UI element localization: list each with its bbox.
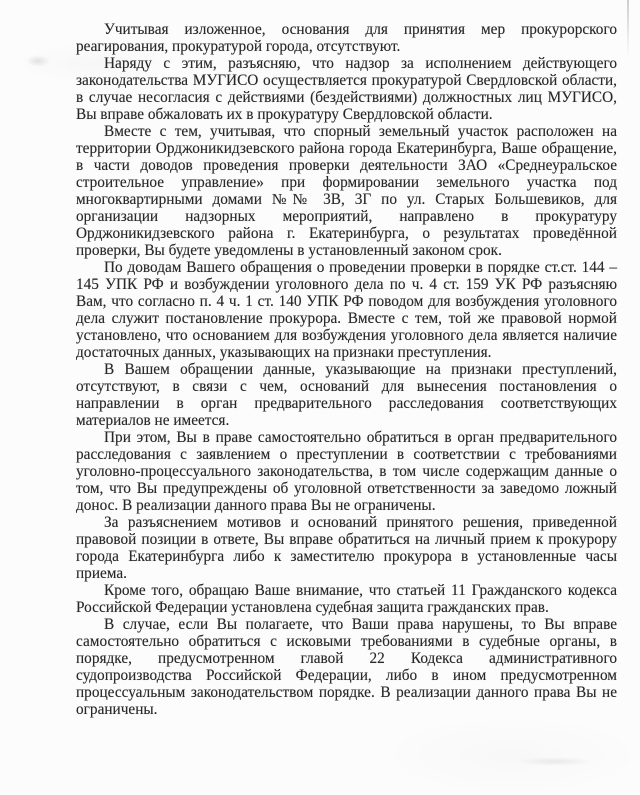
paragraph-4: По доводам Вашего обращения о проведении… [76, 259, 617, 361]
paragraph-3: Вместе с тем, учитывая, что спорный земе… [76, 123, 617, 259]
paragraph-5: В Вашем обращении данные, указывающие на… [76, 361, 617, 429]
paragraph-6: При этом, Вы в праве самостоятельно обра… [76, 429, 617, 514]
paragraph-9: В случае, если Вы полагаете, что Ваши пр… [76, 616, 617, 718]
paragraph-7: За разъяснением мотивов и оснований прин… [76, 514, 617, 582]
paragraph-1: Учитывая изложенное, основания для приня… [76, 21, 617, 55]
scan-artifact-smudge-bottom [515, 757, 595, 766]
document-page: Учитывая изложенное, основания для приня… [0, 0, 640, 795]
scan-artifact-vertical-line [627, 0, 629, 57]
paragraph-2: Наряду с этим, разъясняю, что надзор за … [76, 55, 617, 123]
document-text-block: Учитывая изложенное, основания для приня… [76, 21, 617, 718]
scan-artifact-smudge-left [26, 55, 50, 67]
paragraph-8: Кроме того, обращаю Ваше внимание, что с… [76, 582, 617, 616]
